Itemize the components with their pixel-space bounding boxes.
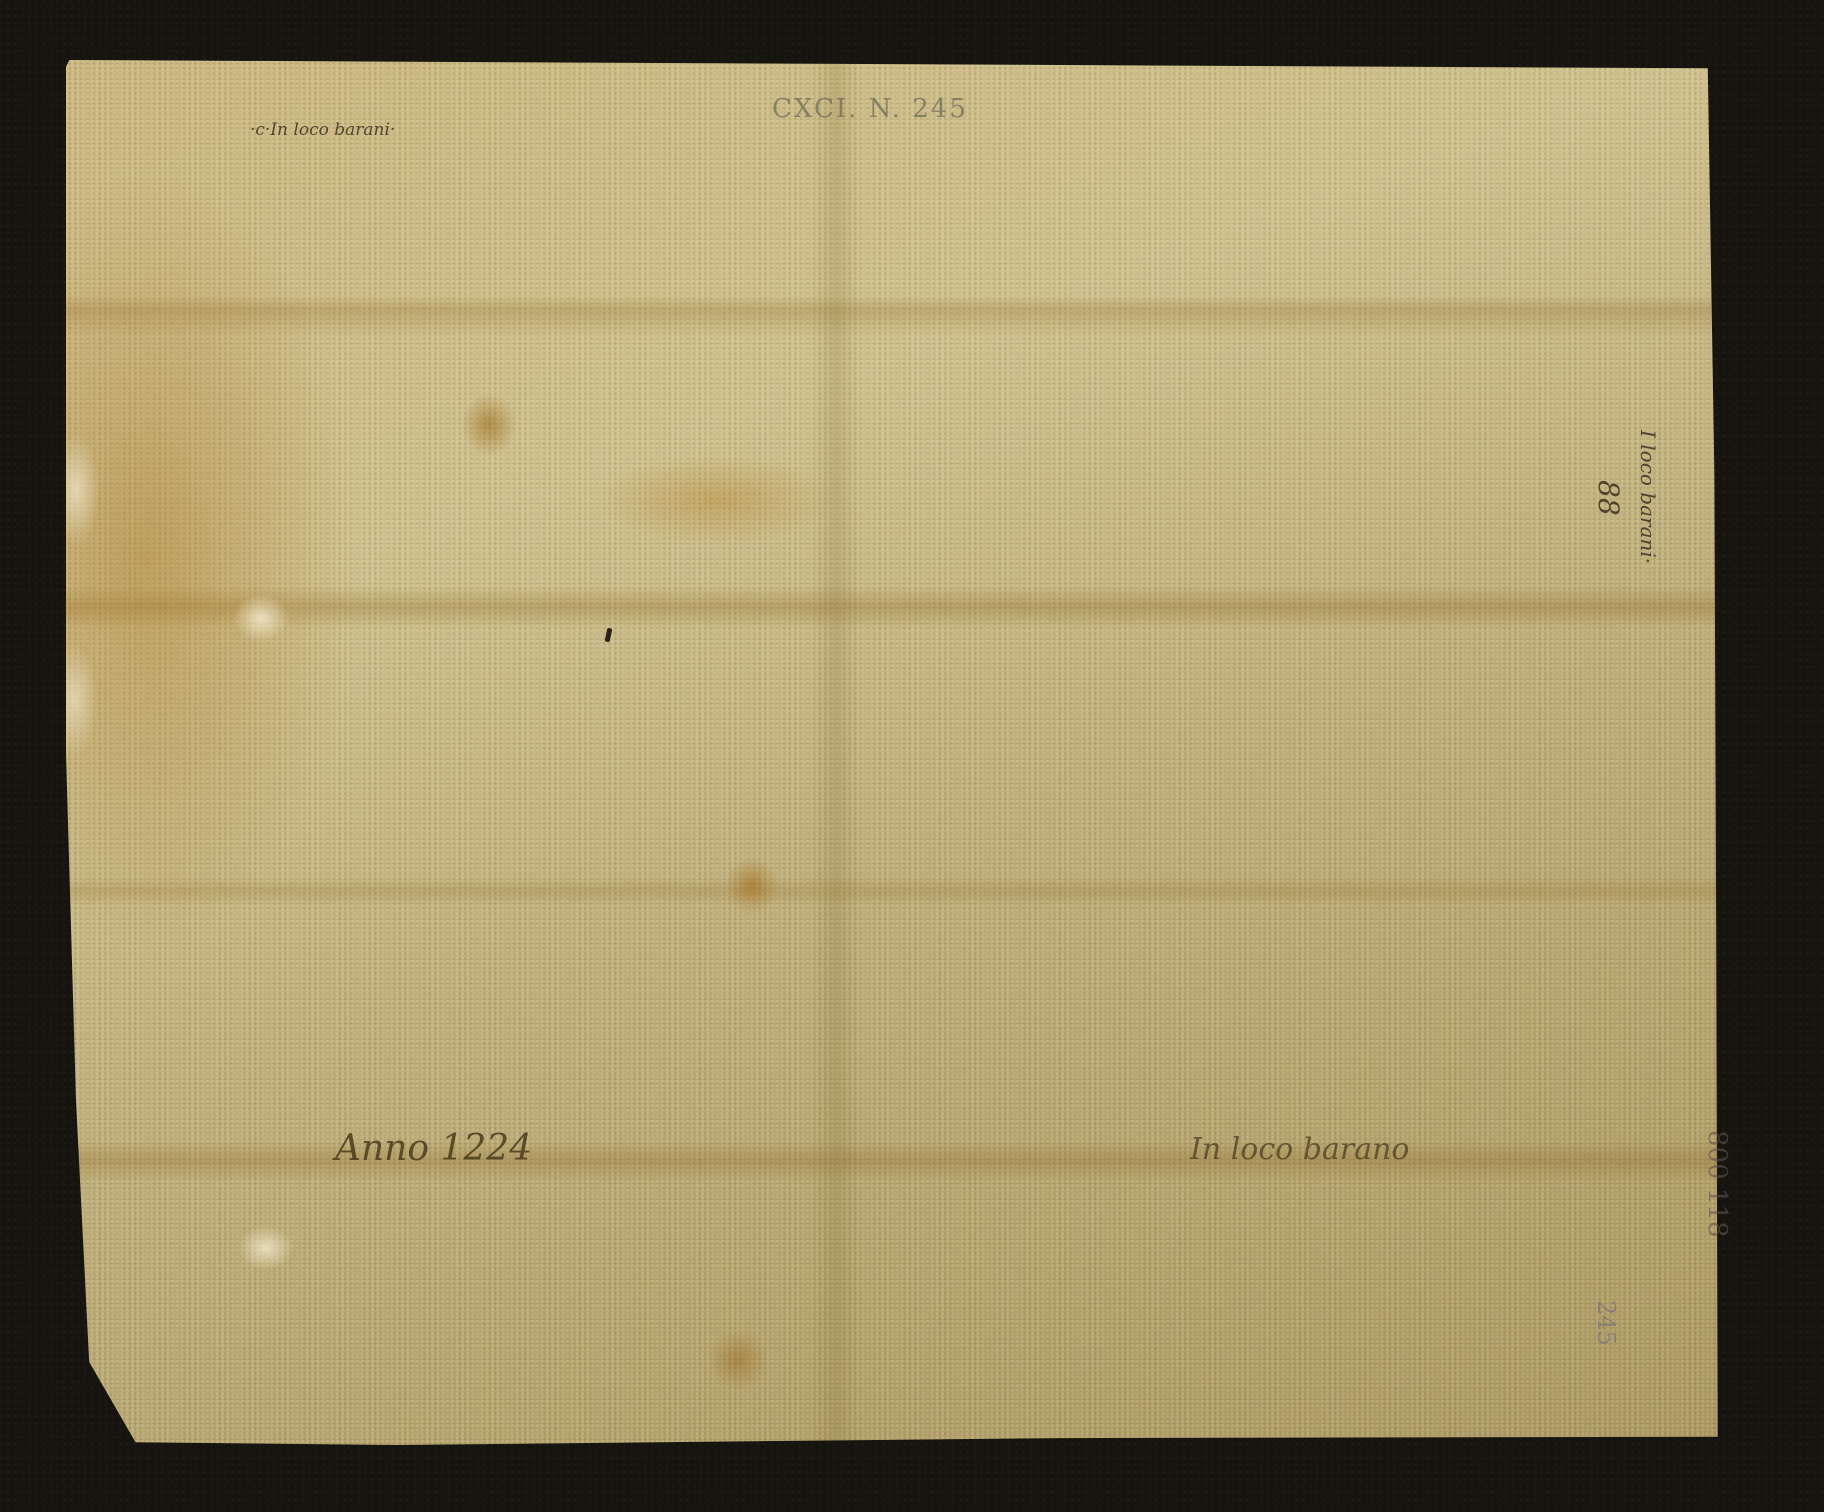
- annotation-right-vertical: I loco barani·: [1636, 430, 1660, 564]
- annotation-right-bottom-number-2: 245: [1592, 1300, 1620, 1346]
- annotation-place: In loco barano: [1190, 1132, 1409, 1167]
- annotation-right-number: 88: [1592, 480, 1625, 516]
- parchment-document: [66, 60, 1721, 1445]
- annotation-top-left: ·c·In loco barani·: [250, 120, 395, 140]
- annotation-date: Anno 1224: [335, 1128, 532, 1169]
- annotation-right-bottom-number: 800 118: [1702, 1130, 1732, 1238]
- edge-hole: [1742, 1143, 1750, 1151]
- annotation-shelfmark: CXCI. N. 245: [772, 94, 968, 124]
